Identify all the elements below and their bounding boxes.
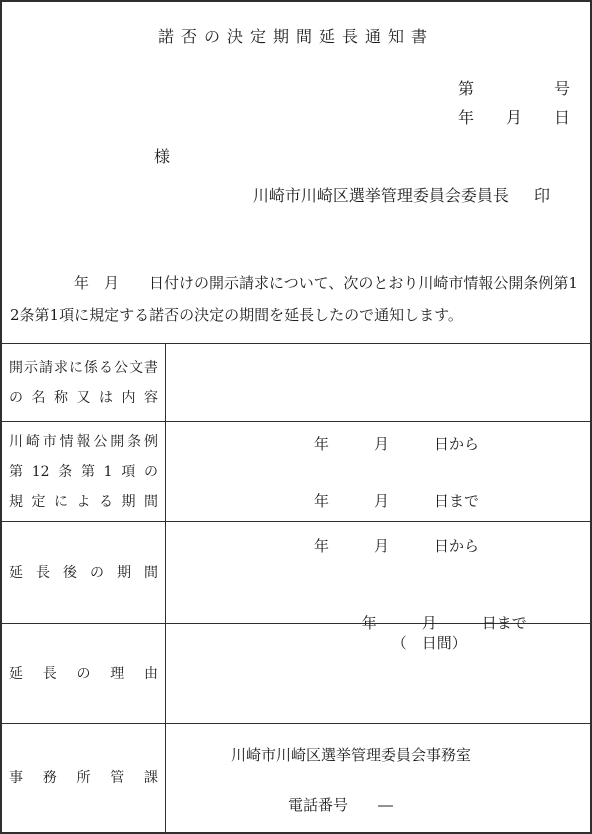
table-row-extension-reason: 延長の理由 xyxy=(2,623,590,723)
label-line: 規定による期間 xyxy=(9,487,158,517)
label-line: 延長後の期間 xyxy=(9,558,158,588)
doc-number-line: 第 号 xyxy=(458,76,570,99)
value-office-in-charge: 川崎市川崎区選挙管理委員会事務室 電話番号 ― xyxy=(166,724,590,832)
label-line: 事務所管課 xyxy=(9,763,158,793)
seal-mark: 印 xyxy=(534,183,550,206)
phone-number-line: 電話番号 ― xyxy=(166,795,590,815)
extended-from-line: 年 月 日から xyxy=(166,536,590,556)
row-label-extended-period: 延長後の期間 xyxy=(2,522,166,623)
table-row-extended-period: 延長後の期間 年 月 日から 年 月 日まで （ 日間） xyxy=(2,521,590,623)
label-line: 延長の理由 xyxy=(9,659,158,689)
label-line: 第12条第1項の xyxy=(9,457,158,487)
document-page: 諾否の決定期間延長通知書 第 号 年 月 日 様 川崎市川崎区選挙管理委員会委員… xyxy=(0,0,592,834)
value-extended-period: 年 月 日から 年 月 日まで （ 日間） xyxy=(166,522,590,623)
document-header: 諾否の決定期間延長通知書 第 号 年 月 日 様 川崎市川崎区選挙管理委員会委員… xyxy=(2,2,590,343)
row-label-extension-reason: 延長の理由 xyxy=(2,624,166,723)
table-row-office-in-charge: 事務所管課 川崎市川崎区選挙管理委員会事務室 電話番号 ― xyxy=(2,723,590,832)
issuer-name: 川崎市川崎区選挙管理委員会委員長 xyxy=(253,186,509,205)
value-ordinance-period: 年 月 日から 年 月 日まで xyxy=(166,422,590,521)
notice-body-line2: 2条第1項に規定する諾否の決定の期間を延長したので通知します。 xyxy=(10,299,586,331)
addressee-suffix: 様 xyxy=(154,144,170,167)
period-from-line: 年 月 日から xyxy=(166,434,590,454)
label-line: 川崎市情報公開条例 xyxy=(9,427,158,457)
row-label-ordinance-period: 川崎市情報公開条例 第12条第1項の 規定による期間 xyxy=(2,422,166,521)
form-table: 開示請求に係る公文書 の名称又は内容 川崎市情報公開条例 第12条第1項の 規定… xyxy=(2,343,590,832)
notice-body: 年 月 日付けの開示請求について、次のとおり川崎市情報公開条例第1 2条第1項に… xyxy=(10,267,586,331)
notice-body-line1: 年 月 日付けの開示請求について、次のとおり川崎市情報公開条例第1 xyxy=(10,267,586,299)
doc-date-line: 年 月 日 xyxy=(458,105,570,128)
value-document-name xyxy=(166,344,590,421)
period-to-line: 年 月 日まで xyxy=(166,491,590,511)
office-name-line: 川崎市川崎区選挙管理委員会事務室 xyxy=(166,745,590,765)
value-extension-reason xyxy=(166,624,590,723)
table-row-document-name: 開示請求に係る公文書 の名称又は内容 xyxy=(2,343,590,421)
label-line: 開示請求に係る公文書 xyxy=(9,353,158,383)
row-label-document-name: 開示請求に係る公文書 の名称又は内容 xyxy=(2,344,166,421)
label-line: の名称又は内容 xyxy=(9,383,158,413)
row-label-office-in-charge: 事務所管課 xyxy=(2,724,166,832)
document-title: 諾否の決定期間延長通知書 xyxy=(2,24,590,47)
issuer-line: 川崎市川崎区選挙管理委員会委員長 印 xyxy=(253,183,550,206)
table-row-ordinance-period: 川崎市情報公開条例 第12条第1項の 規定による期間 年 月 日から 年 月 日… xyxy=(2,421,590,521)
